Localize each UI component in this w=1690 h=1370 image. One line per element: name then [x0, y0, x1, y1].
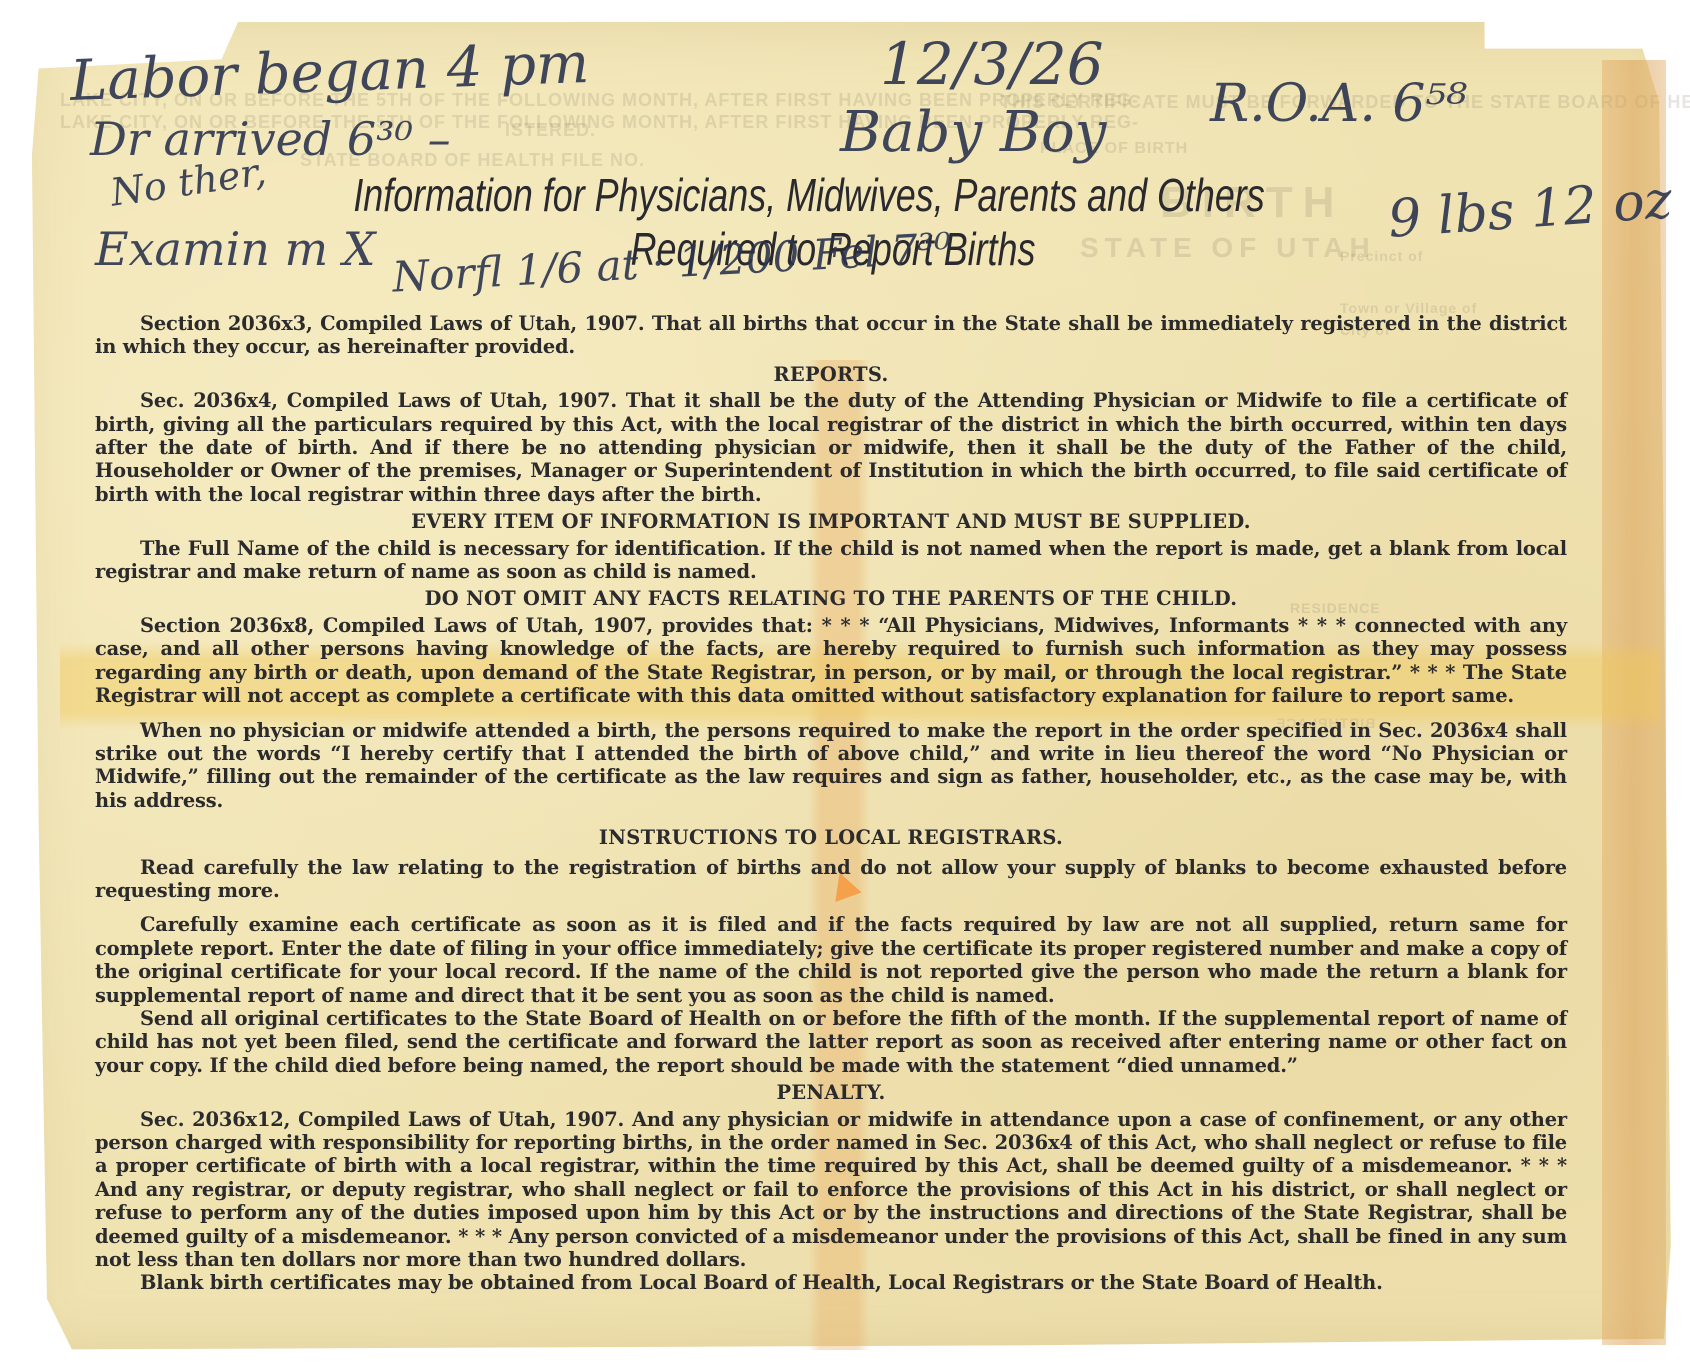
paragraph-no-physician: When no physician or midwife attended a …	[95, 719, 1567, 813]
heading-every-item: EVERY ITEM OF INFORMATION IS IMPORTANT A…	[95, 510, 1567, 533]
heading-penalty: PENALTY.	[95, 1081, 1567, 1104]
bleed-through-text-4: ISTERED.	[505, 120, 596, 141]
document-title: Information for Physicians, Midwives, Pa…	[150, 168, 1468, 222]
document-body: Section 2036x3, Compiled Laws of Utah, 1…	[95, 312, 1567, 1295]
heading-do-not-omit: DO NOT OMIT ANY FACTS RELATING TO THE PA…	[95, 587, 1567, 610]
paragraph-carefully-examine: Carefully examine each certificate as so…	[95, 913, 1567, 1007]
heading-instructions: INSTRUCTIONS TO LOCAL REGISTRARS.	[95, 826, 1567, 849]
paragraph-send-certificates: Send all original certificates to the St…	[95, 1007, 1567, 1077]
handwriting-baby-boy: Baby Boy	[840, 100, 1106, 165]
paragraph-section-2036x3: Section 2036x3, Compiled Laws of Utah, 1…	[95, 312, 1567, 359]
paragraph-section-2036x12: Sec. 2036x12, Compiled Laws of Utah, 190…	[95, 1108, 1567, 1272]
handwriting-roa: R.O.A. 6⁵⁸	[1210, 74, 1467, 134]
heading-reports: REPORTS.	[95, 363, 1567, 386]
handwriting-dr-arrived: Dr arrived 6³⁰ –	[90, 112, 451, 166]
handwriting-date: 12/3/26	[880, 30, 1104, 98]
paragraph-section-2036x4: Sec. 2036x4, Compiled Laws of Utah, 1907…	[95, 389, 1567, 506]
paragraph-blank-certificates: Blank birth certificates may be obtained…	[95, 1271, 1567, 1294]
handwriting-examined: Examin m X	[95, 222, 376, 276]
paragraph-section-2036x8: Section 2036x8, Compiled Laws of Utah, 1…	[95, 614, 1567, 708]
paragraph-full-name: The Full Name of the child is necessary …	[95, 537, 1567, 584]
